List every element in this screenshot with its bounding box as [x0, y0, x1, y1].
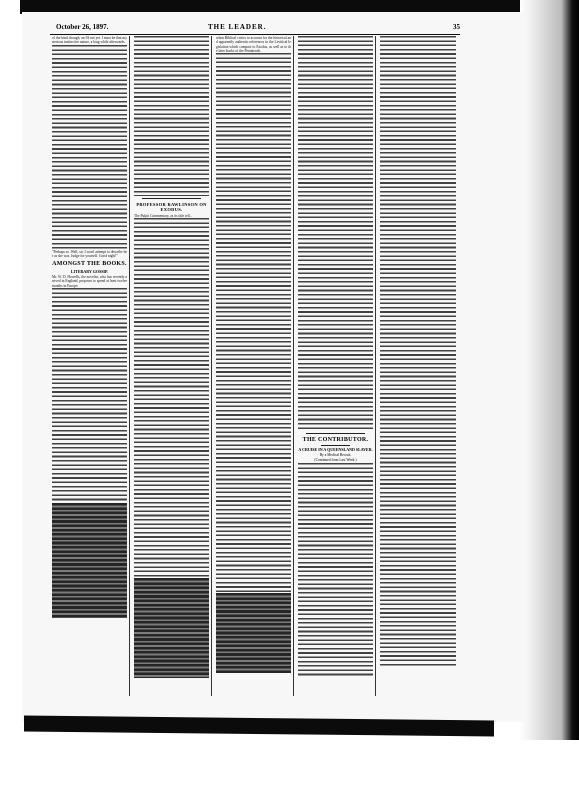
paper-title: THE LEADER. [208, 23, 266, 31]
col4-body-lines [298, 36, 373, 431]
col1-mid-text: "Perhaps so. Well, sir, I won't attempt … [50, 250, 129, 259]
col3-top-text: when Biblical critics to account for the… [214, 36, 293, 53]
article-subheading: LITERARY GOSSIP. [50, 269, 129, 274]
col3-body-lines [216, 53, 291, 593]
article-body-lines [52, 288, 127, 503]
col1-top-text: of the kind, though, an I'd not yet. I m… [50, 36, 129, 45]
columns: of the kind, though, an I'd not yet. I m… [50, 36, 460, 696]
article-heading: AMONGST THE BOOKS. [50, 261, 129, 267]
article-byline: By a Medical Recruit. [296, 453, 375, 457]
column-1: of the kind, though, an I'd not yet. I m… [50, 36, 130, 696]
scan-border-right [520, 0, 579, 740]
scanned-page: October 26, 1897. THE LEADER. 35 of the … [0, 0, 579, 800]
article-heading: PROFESSOR RAWLINSON ON EXODUS. [132, 202, 211, 212]
newspaper-page: October 26, 1897. THE LEADER. 35 of the … [50, 22, 460, 712]
article-rawlinson: PROFESSOR RAWLINSON ON EXODUS. The Pulpi… [132, 202, 211, 678]
article-subheading: A CRUISE IN A QUEENSLAND SLAVER. [296, 447, 375, 452]
ornament-rule [321, 445, 350, 446]
running-head: October 26, 1897. THE LEADER. 35 [50, 22, 460, 35]
column-2: PROFESSOR RAWLINSON ON EXODUS. The Pulpi… [132, 36, 212, 696]
column-5 [378, 36, 458, 696]
article-note: (Continued from Last Week.) [296, 458, 375, 462]
issue-date: October 26, 1897. [56, 23, 108, 31]
col5-body-lines [380, 36, 456, 666]
article-heading: THE CONTRIBUTOR. [296, 437, 375, 443]
article-body-lines [134, 218, 209, 578]
divider [142, 198, 201, 199]
column-3: when Biblical critics to account for the… [214, 36, 294, 696]
col2-body-lines [134, 36, 209, 196]
column-4: THE CONTRIBUTOR. A CRUISE IN A QUEENSLAN… [296, 36, 376, 696]
article-body-dense [52, 503, 127, 618]
article-body-dense [134, 578, 209, 678]
article-contributor: THE CONTRIBUTOR. A CRUISE IN A QUEENSLAN… [296, 437, 375, 678]
article-amongst-books: AMONGST THE BOOKS. LITERARY GOSSIP. Mr. … [50, 261, 129, 618]
divider [306, 433, 365, 434]
page-number: 35 [453, 23, 460, 31]
col1-body-lines [52, 45, 127, 250]
article-lead: Mr. W. D. Howells, the novelist, who has… [50, 275, 129, 288]
col3-body-dense [216, 593, 291, 673]
article-body-lines [298, 463, 373, 678]
